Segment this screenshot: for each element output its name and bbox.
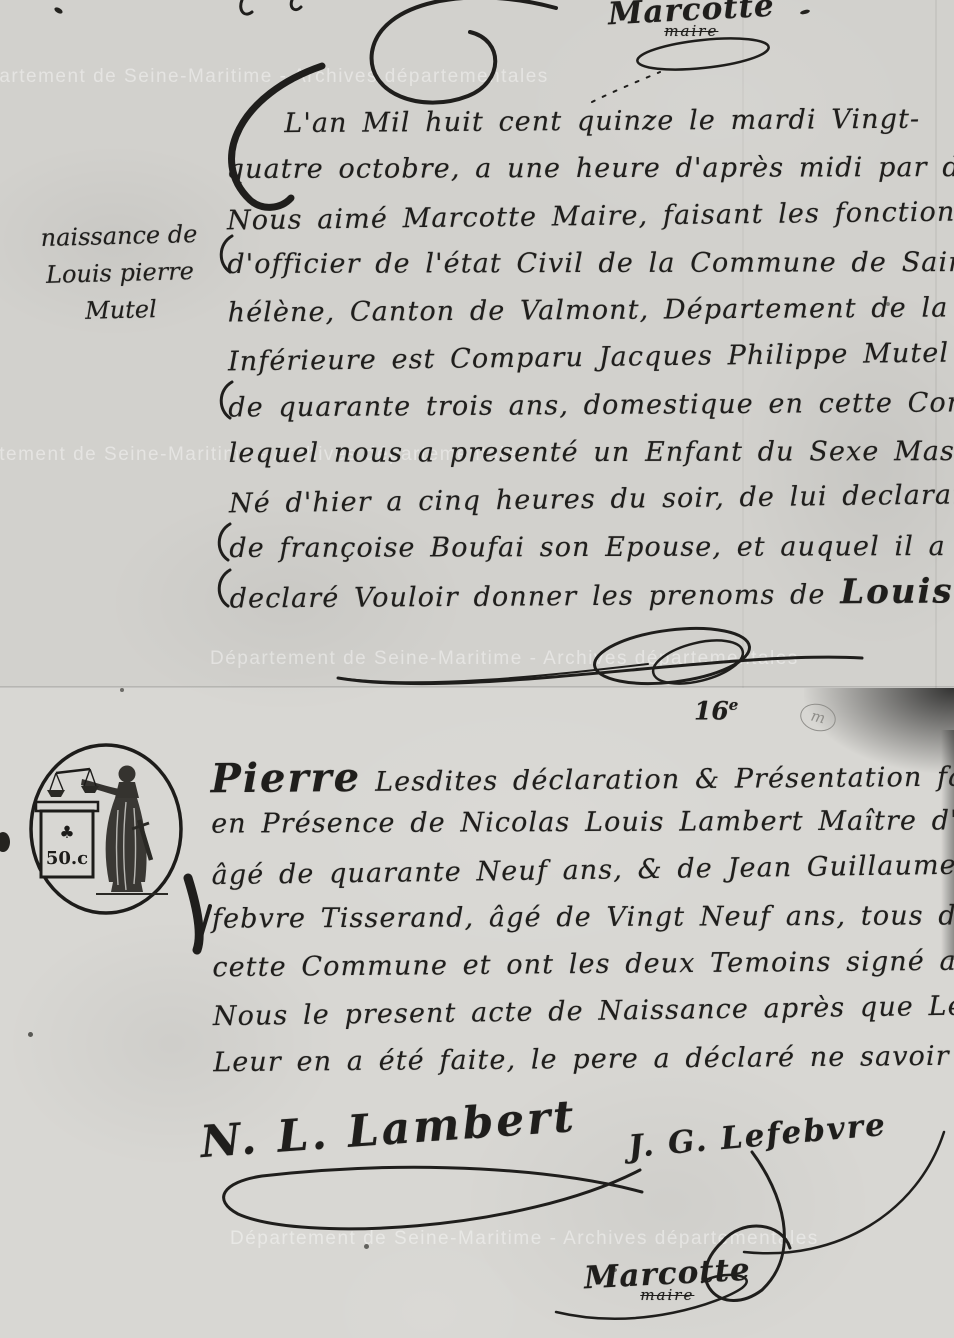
act-line: Nous aimé Marcotte Maire, faisant les fo… [227,188,952,244]
ink-speck [120,688,124,692]
ink-speck [886,302,890,306]
margin-note-line: Mutel [37,290,206,331]
margin-note-line: Louis pierre [36,253,205,294]
archive-watermark: Département de Seine-Maritime - Archives… [230,1228,819,1250]
child-first-name: Louis [840,571,954,612]
act-line: Nous le present acte de Naissance après … [213,983,954,1041]
act-line: âgé de quarante Neuf ans, & de Jean Guil… [211,841,952,899]
act-line: quatre octobre, a une heure d'après midi… [227,144,951,193]
act-line: hélène, Canton de Valmont, Département d… [228,285,952,337]
act-line: L'an Mil huit cent quinze le mardi Vingt… [226,95,950,147]
ink-speck [364,1244,369,1249]
act2-text: PierreLesdites déclaration & Présentatio… [211,749,954,1087]
act-line: febvre Tisserand, âgé de Vingt Neuf ans,… [212,892,952,943]
revenue-stamp-graphic: ♣ 50.c [26,740,188,920]
act-line: PierreLesdites déclaration & Présentatio… [211,749,951,803]
archive-watermark: Département de Seine-Maritime - Archives… [0,66,549,88]
scanned-birth-record-page: Département de Seine-Maritime - Archives… [0,0,954,1338]
act-line-text: Lesdites déclaration & Présentation fait… [375,761,954,798]
margin-note-line: naissance de [35,216,204,257]
signature-marcotte-bottom: Marcotte maire [584,1256,751,1304]
ink-speck [28,1032,33,1037]
margin-note: naissance de Louis pierre Mutel [35,216,206,331]
act1-text: L'an Mil huit cent quinze le mardi Vingt… [226,95,954,620]
archive-watermark: Département de Seine-Maritime - Archives… [210,648,799,670]
signature-marcotte-top: Marcotte maire [608,0,775,40]
act-line: de françoise Boufai son Epouse, et auque… [229,523,953,572]
act-number-value: 16 [694,696,729,725]
act-line: lequel nous a presenté un Enfant du Sexe… [229,428,953,477]
child-second-name: Pierre [211,754,362,802]
act-line: declaré Vouloir donner les prenoms de Lo… [229,568,953,620]
act-line: Leur en a été faite, le pere a déclaré n… [213,1033,953,1087]
act-line: Inférieure est Comparu Jacques Philippe … [228,330,953,386]
act-line: en Présence de Nicolas Louis Lambert Maî… [211,798,951,849]
act-number-suffix: e [729,696,739,714]
revenue-stamp: ♣ 50.c [26,740,188,920]
stamp-denomination: 50.c [46,848,88,869]
act-line: d'officier de l'état Civil de la Commune… [227,239,951,288]
act-line-text: declaré Vouloir donner les prenoms de [230,579,841,614]
ink-speck [612,1268,617,1272]
act-number: 16e [694,696,738,725]
act-line: de quarante trois ans, domestique en cet… [228,379,952,431]
fleur-de-lis-icon: ♣ [59,823,74,843]
act-line: Né d'hier a cinq heures du soir, de lui … [229,472,954,528]
